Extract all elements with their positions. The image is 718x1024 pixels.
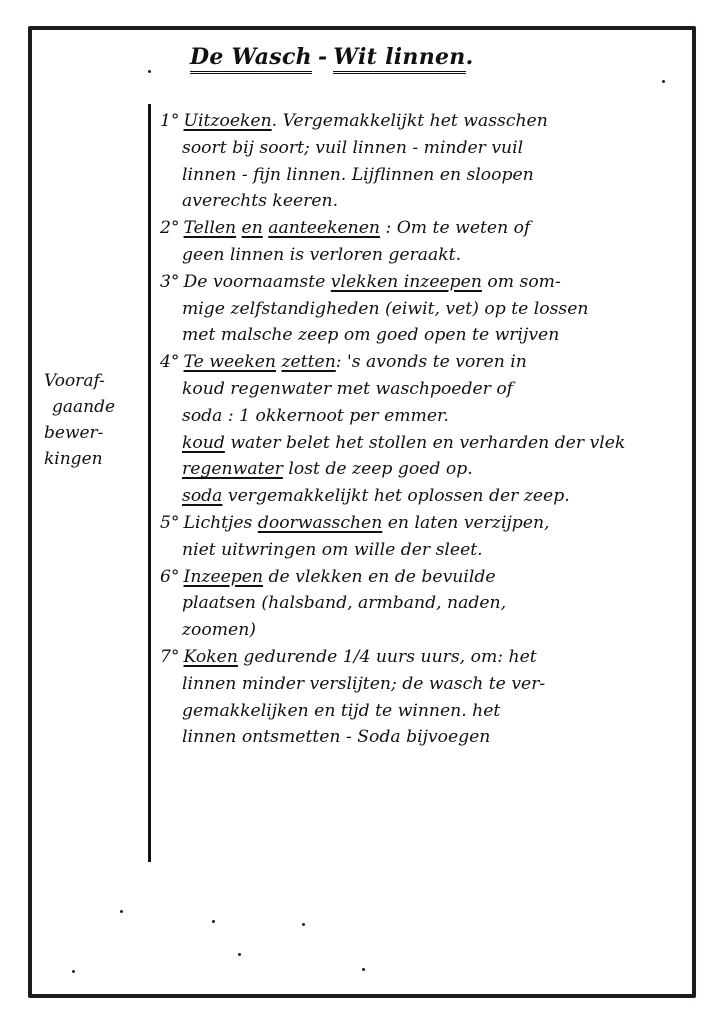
title-part1: De Wasch bbox=[190, 44, 312, 74]
note-keyword: soda bbox=[182, 486, 222, 506]
item-text: linnen - fijn linnen. Lijflinnen en sloo… bbox=[160, 162, 688, 189]
item-text: : 's avonds te voren in bbox=[336, 352, 527, 372]
scan-speck bbox=[148, 70, 151, 73]
page-title: De Wasch-Wit linnen. bbox=[190, 44, 530, 70]
scan-speck bbox=[302, 923, 305, 926]
item-connector: en bbox=[242, 218, 263, 238]
scan-speck bbox=[120, 910, 123, 913]
item-keyword: aanteekenen bbox=[268, 218, 380, 238]
item-keyword: zetten bbox=[281, 352, 335, 372]
item-text: linnen minder verslijten; de wasch te ve… bbox=[160, 671, 688, 698]
item-keyword: Uitzoeken bbox=[184, 111, 272, 131]
margin-label: Vooraf- gaande bewer- kingen bbox=[44, 368, 144, 472]
list-item-4: 4°Te weeken zetten: 's avonds te voren i… bbox=[160, 349, 688, 510]
list-item-2: 2°Tellen en aanteekenen : Om te weten of… bbox=[160, 215, 688, 269]
margin-label-line: gaande bbox=[44, 394, 144, 420]
title-part2: Wit linnen bbox=[333, 44, 465, 74]
margin-label-line: bewer- bbox=[44, 420, 144, 446]
title-separator: - bbox=[318, 44, 327, 70]
item-text: en laten verzijpen, bbox=[388, 513, 550, 533]
scan-speck bbox=[238, 953, 241, 956]
item-text: averechts keeren. bbox=[160, 188, 688, 215]
item-text: . Vergemakkelijkt het wasschen bbox=[272, 111, 548, 131]
note-text: water belet het stollen en verharden der… bbox=[230, 433, 625, 453]
list-item-6: 6°Inzeepen de vlekken en de bevuilde pla… bbox=[160, 564, 688, 644]
item-text: Lichtjes bbox=[184, 513, 253, 533]
list-item-1: 1°Uitzoeken. Vergemakkelijkt het wassche… bbox=[160, 108, 688, 215]
item-keyword: vlekken inzeepen bbox=[331, 272, 482, 292]
item-number: 6° bbox=[160, 567, 180, 587]
note-text: vergemakkelijkt het oplossen der zeep. bbox=[228, 486, 570, 506]
note-text: lost de zeep goed op. bbox=[288, 459, 472, 479]
item-text: geen linnen is verloren geraakt. bbox=[160, 242, 688, 269]
item-keyword: Te weeken bbox=[184, 352, 276, 372]
note-keyword: regenwater bbox=[182, 459, 283, 479]
item-text: gedurende 1/4 uurs uurs, om: het bbox=[243, 647, 536, 667]
title-end: . bbox=[466, 44, 474, 70]
scan-speck bbox=[212, 920, 215, 923]
item-text: De voornaamste bbox=[184, 272, 326, 292]
item-keyword: doorwasschen bbox=[258, 513, 382, 533]
item-text: de vlekken en de bevuilde bbox=[269, 567, 496, 587]
item-text: zoomen) bbox=[160, 617, 688, 644]
scan-speck bbox=[72, 970, 75, 973]
item-text: gemakkelijken en tijd te winnen. het bbox=[160, 698, 688, 725]
margin-divider-line bbox=[148, 104, 151, 862]
item-number: 5° bbox=[160, 513, 180, 533]
item-number: 2° bbox=[160, 218, 180, 238]
item-keyword: Tellen bbox=[184, 218, 237, 238]
item-text: plaatsen (halsband, armband, naden, bbox=[160, 590, 688, 617]
item-text: : Om te weten of bbox=[385, 218, 530, 238]
item-text: soort bij soort; vuil linnen - minder vu… bbox=[160, 135, 688, 162]
item-text: mige zelfstandigheden (eiwit, vet) op te… bbox=[160, 296, 688, 323]
item-text: soda : 1 okkernoot per emmer. bbox=[160, 403, 688, 430]
note-keyword: koud bbox=[182, 433, 225, 453]
item-number: 4° bbox=[160, 352, 180, 372]
document-body: 1°Uitzoeken. Vergemakkelijkt het wassche… bbox=[160, 108, 688, 751]
item-keyword: Koken bbox=[184, 647, 238, 667]
item-note: koud water belet het stollen en verharde… bbox=[160, 430, 688, 457]
item-number: 3° bbox=[160, 272, 180, 292]
item-text: om som- bbox=[487, 272, 560, 292]
item-note: soda vergemakkelijkt het oplossen der ze… bbox=[160, 483, 688, 510]
list-item-7: 7°Koken gedurende 1/4 uurs uurs, om: het… bbox=[160, 644, 688, 751]
item-text: met malsche zeep om goed open te wrijven bbox=[160, 322, 688, 349]
item-number: 7° bbox=[160, 647, 180, 667]
list-item-5: 5°Lichtjes doorwasschen en laten verzijp… bbox=[160, 510, 688, 564]
scan-speck bbox=[362, 968, 365, 971]
scan-speck bbox=[662, 80, 665, 83]
item-text: niet uitwringen om wille der sleet. bbox=[160, 537, 688, 564]
margin-label-line: Vooraf- bbox=[44, 368, 144, 394]
list-item-3: 3°De voornaamste vlekken inzeepen om som… bbox=[160, 269, 688, 349]
item-text: linnen ontsmetten - Soda bijvoegen bbox=[160, 724, 688, 751]
margin-label-line: kingen bbox=[44, 446, 144, 472]
item-keyword: Inzeepen bbox=[184, 567, 264, 587]
item-number: 1° bbox=[160, 111, 180, 131]
item-text: koud regenwater met waschpoeder of bbox=[160, 376, 688, 403]
item-note: regenwater lost de zeep goed op. bbox=[160, 456, 688, 483]
